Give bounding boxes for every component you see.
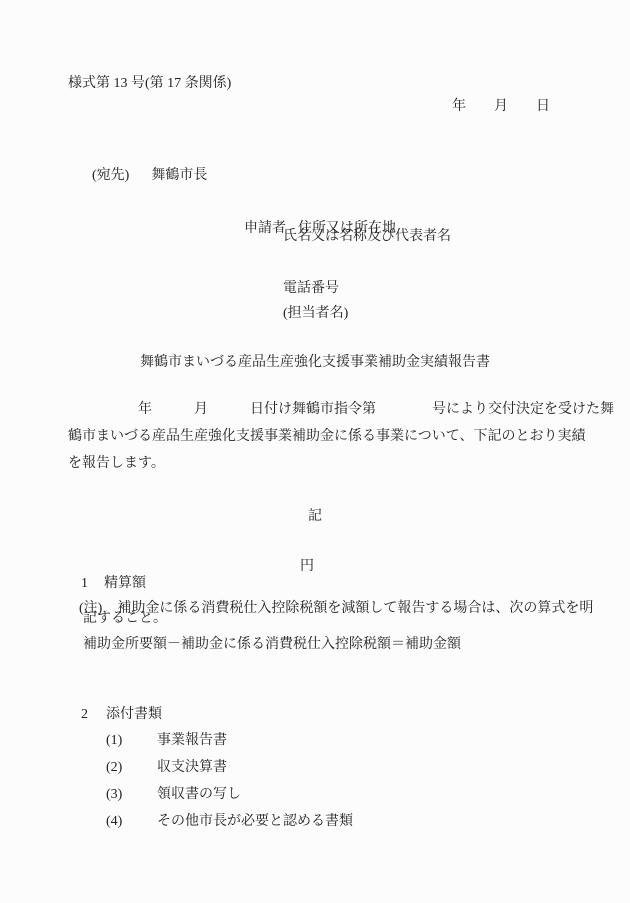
settlement-unit: 円 — [300, 558, 314, 575]
addressee-line: (宛先)舞鶴市長 — [78, 150, 207, 201]
report-title: 舞鶴市まいづる産品生産強化支援事業補助金実績報告書 — [0, 354, 630, 371]
applicant-name-field: 氏名又は名称及び代表者名 — [283, 228, 451, 245]
date-line: 年 月 日 — [452, 98, 550, 115]
record-marker: 記 — [0, 508, 630, 525]
attachments-number: 2 — [81, 707, 88, 722]
document-page: 様式第 13 号(第 17 条関係) 年 月 日 (宛先)舞鶴市長 申請者住所又… — [0, 0, 630, 903]
note-line-2: 記すること。 — [83, 610, 167, 627]
attachment-item-number: (4) — [106, 813, 157, 830]
body-paragraph-line-1: 年 月 日付け舞鶴市指令第 号により交付決定を受けた舞 — [68, 401, 614, 418]
note-formula-line: 補助金所要額－補助金に係る消費税仕入控除税額＝補助金額 — [83, 636, 461, 653]
form-number: 様式第 13 号(第 17 条関係) — [68, 75, 231, 92]
note-text-1: 補助金に係る消費税仕入控除税額を減額して報告する場合は、次の算式を明 — [117, 601, 593, 616]
body-paragraph-line-3: を報告します。 — [68, 455, 165, 472]
applicant-phone-field: 電話番号 — [283, 280, 339, 297]
addressee-label: (宛先) — [92, 168, 129, 183]
applicant-contact-field: (担当者名) — [283, 305, 348, 322]
addressee-name: 舞鶴市長 — [151, 168, 207, 183]
attachment-item: (4)その他市長が必要と認める書類 — [92, 796, 353, 847]
applicant-label: 申請者 — [244, 221, 286, 236]
body-paragraph-line-2: 鶴市まいづる産品生産強化支援事業補助金に係る事業について、下記のとおり実績 — [68, 428, 585, 445]
attachment-item-label: その他市長が必要と認める書類 — [157, 814, 353, 829]
